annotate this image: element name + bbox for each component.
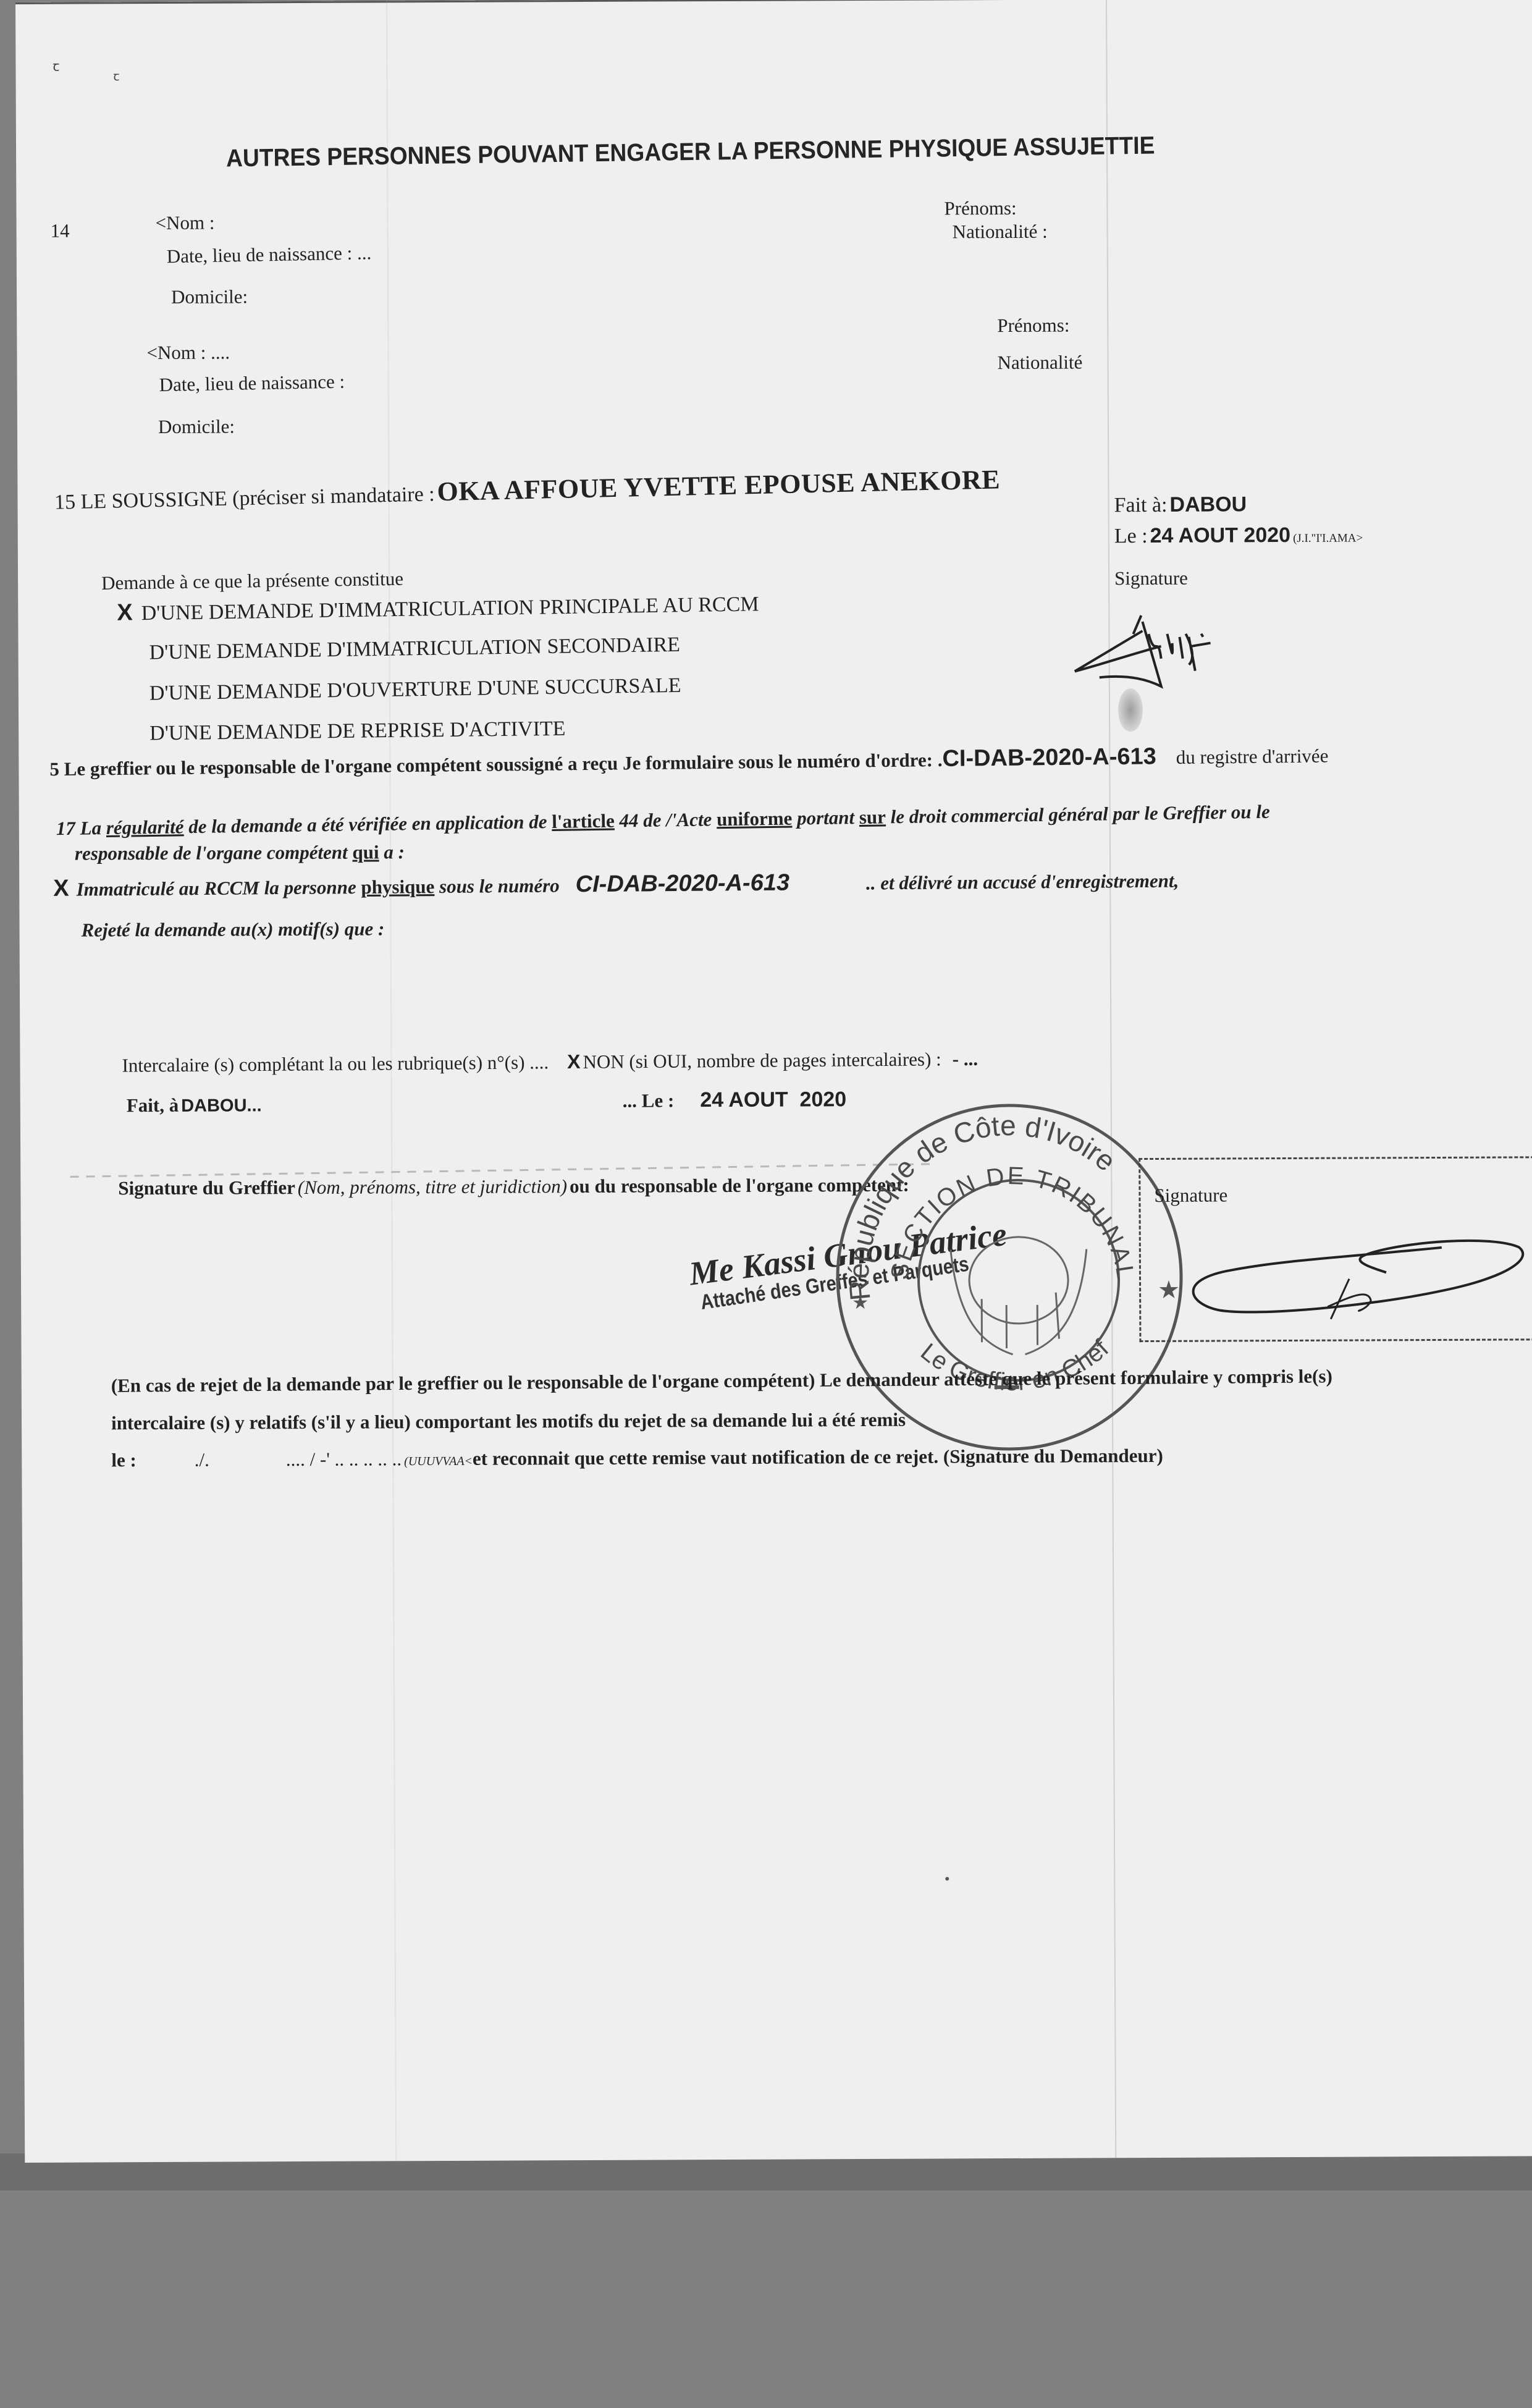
date-suffix: (J.I."I'I.AMA>	[1293, 531, 1363, 544]
receipt-text: 5 Le greffier ou le responsable de l'org…	[49, 749, 942, 780]
checkbox-checked[interactable]: X	[567, 1050, 581, 1073]
nationalite-field-1: Nationalité :	[953, 221, 1048, 243]
fait-a-value: DABOU	[1169, 492, 1247, 517]
fold-line	[386, 1, 397, 2161]
rejection-notice-line-3: le : ./. .... / -' .. .. .. .. .. (UUUVV…	[111, 1445, 1163, 1471]
fait-a-line: Fait à: DABOU	[1114, 492, 1247, 517]
domicile-field-2: Domicile:	[158, 415, 235, 438]
nom-field-2: <Nom : ....	[146, 341, 230, 364]
prenoms-field-2: Prénoms:	[997, 315, 1069, 337]
soussigne-label: 15 LE SOUSSIGNE (préciser si mandataire …	[54, 483, 435, 513]
immatricule-line[interactable]: X Immatriculé au RCCM la personne physiq…	[53, 867, 1179, 902]
fold-line	[1106, 0, 1116, 2158]
official-stamp: République de Côte d'Ivoire SECTION DE T…	[827, 1094, 1193, 1461]
fait-date: ... Le : 24 AOUT 2020	[623, 1088, 847, 1113]
registration-number: CI-DAB-2020-A-613	[576, 870, 790, 898]
order-number: CI-DAB-2020-A-613	[942, 743, 1156, 772]
soussigne-name: OKA AFFOUE YVETTE EPOUSE ANEKORE	[437, 464, 1000, 507]
document-page: ꞇ ꞇ AUTRES PERSONNES POUVANT ENGAGER LA …	[15, 0, 1532, 2163]
svg-text:★: ★	[852, 1292, 869, 1314]
date-label: Le :	[1114, 525, 1148, 547]
signature-box-label: Signature	[1154, 1184, 1227, 1207]
demande-label: Demande à ce que la présente constitue	[101, 568, 403, 594]
rejection-notice-line-2: intercalaire (s) y relatifs (s'il y a li…	[111, 1409, 906, 1435]
prenoms-field-1: Prénoms:	[944, 197, 1016, 220]
date-value: 24 AOUT 2020	[1150, 523, 1291, 547]
intercalaire-line: Intercalaire (s) complétant la ou les ru…	[122, 1047, 978, 1077]
applicant-signature	[1062, 609, 1266, 696]
section-number-14: 14	[51, 220, 70, 242]
fait-place: DABOU...	[181, 1096, 262, 1116]
checkbox-checked[interactable]: X	[117, 599, 133, 625]
option-ouverture-succursale[interactable]: D'UNE DEMANDE D'OUVERTURE D'UNE SUCCURSA…	[149, 674, 681, 706]
punch-mark: ꞇ	[113, 67, 119, 84]
fait-a-label: Fait à:	[1114, 494, 1167, 517]
option-immatriculation-principale[interactable]: X D'UNE DEMANDE D'IMMATRICULATION PRINCI…	[117, 590, 759, 626]
greffier-signature	[1182, 1222, 1529, 1322]
rejection-reasons-label: Rejeté la demande au(x) motif(s) que :	[81, 918, 384, 941]
naissance-field-1: Date, lieu de naissance : ...	[166, 242, 371, 268]
ink-smudge	[1118, 688, 1143, 732]
pages-count: - ...	[953, 1048, 979, 1070]
nationalite-field-2: Nationalité	[997, 351, 1082, 374]
date-line: Le : 24 AOUT 2020 (J.I."I'I.AMA>	[1114, 523, 1363, 548]
greffier-signature-line: Signature du Greffier (Nom, prénoms, tit…	[118, 1174, 909, 1200]
checkbox-checked[interactable]: X	[53, 876, 69, 902]
fait-line: Fait, à DABOU...	[127, 1094, 262, 1117]
domicile-field-1: Domicile:	[171, 285, 248, 308]
naissance-field-2: Date, lieu de naissance :	[159, 371, 345, 396]
intercalaire-label: Intercalaire (s) complétant la ou les ru…	[122, 1051, 549, 1076]
signature-label-applicant: Signature	[1114, 567, 1188, 590]
fait-date-value: 24 AOUT 2020	[700, 1088, 846, 1112]
soussigne-line: 15 LE SOUSSIGNE (préciser si mandataire …	[54, 463, 1001, 515]
non-label: NON (si OUI, nombre de pages intercalair…	[583, 1048, 941, 1073]
receipt-line: 5 Le greffier ou le responsable de l'org…	[49, 741, 1328, 782]
receipt-suffix: du registre d'arrivée	[1176, 745, 1329, 768]
nom-field-1: <Nom :	[155, 212, 214, 234]
verification-line-2: responsable de l'organe compétent qui a …	[75, 841, 405, 864]
option-immatriculation-secondaire[interactable]: D'UNE DEMANDE D'IMMATRICULATION SECONDAI…	[149, 633, 680, 665]
punch-mark: ꞇ	[53, 57, 59, 75]
verification-line-1: 17 La régularité de la demande a été vér…	[56, 801, 1270, 840]
page-title: AUTRES PERSONNES POUVANT ENGAGER LA PERS…	[226, 132, 1155, 173]
option-reprise-activite[interactable]: D'UNE DEMANDE DE REPRISE D'ACTIVITE	[149, 717, 566, 746]
speck	[945, 1877, 949, 1880]
